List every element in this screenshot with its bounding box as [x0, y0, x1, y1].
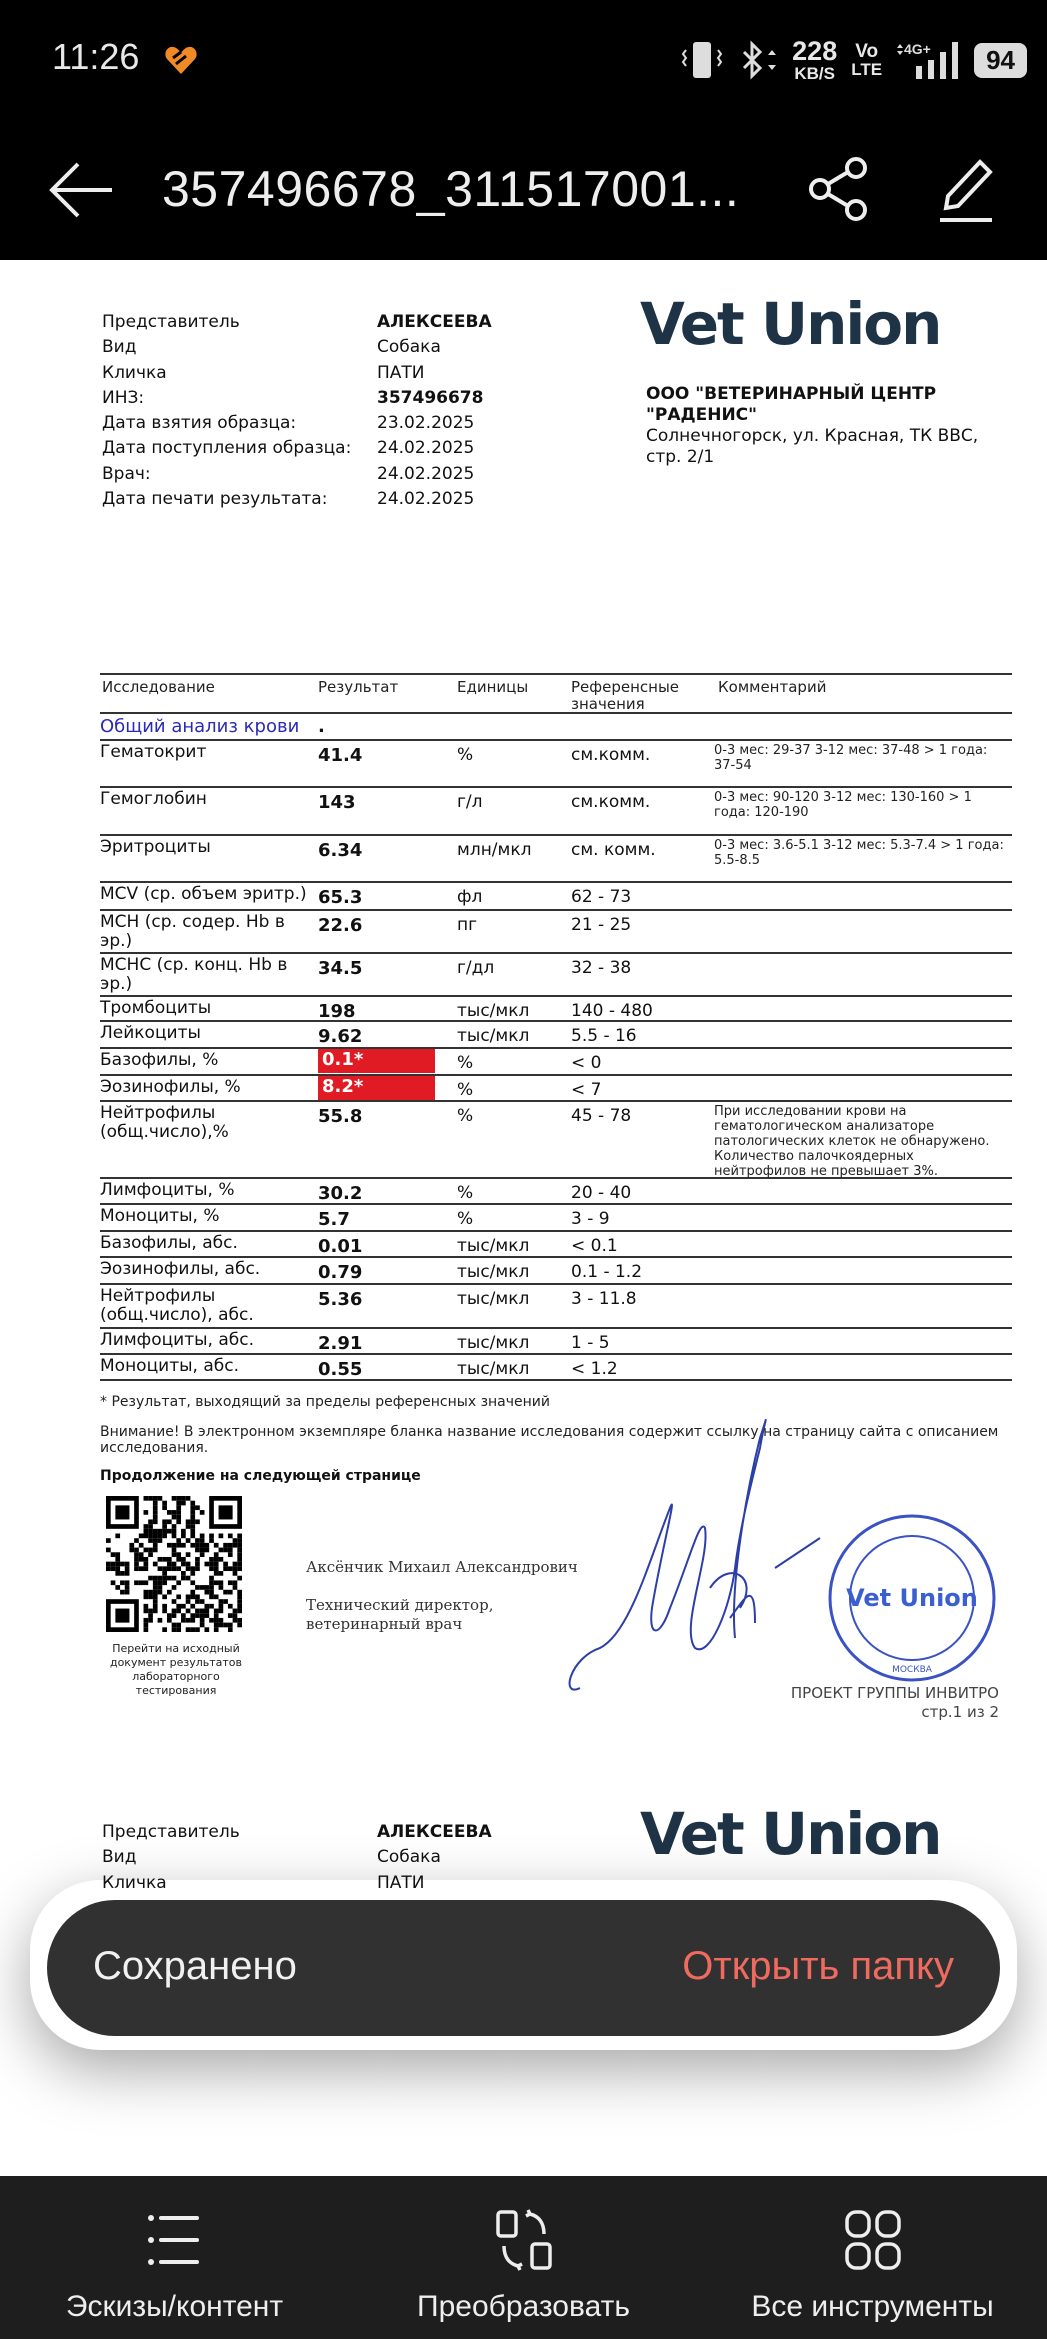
table-divider [100, 1020, 1012, 1022]
info-value: 24.02.2025 [377, 462, 474, 487]
row-result: 0.79 [318, 1262, 362, 1283]
info-value: 23.02.2025 [377, 411, 474, 436]
svg-text:4G+: 4G+ [904, 41, 931, 57]
row-test-name: Эритроциты [100, 838, 314, 857]
row-units: пг [457, 915, 477, 935]
open-folder-button[interactable]: Открыть папку [682, 1944, 954, 1989]
row-test-name: Базофилы, % [100, 1051, 314, 1070]
table-divider [100, 712, 1012, 714]
row-units: г/дл [457, 958, 494, 978]
row-result: 34.5 [318, 958, 362, 979]
header-reference: Референсные значения [571, 679, 681, 713]
row-units: тыс/мкл [457, 1236, 529, 1256]
info-row: Дата взятия образца:23.02.2025 [102, 411, 492, 436]
row-reference: 1 - 5 [571, 1333, 610, 1353]
row-reference: см.комм. [571, 745, 650, 765]
row-result: 22.6 [318, 915, 362, 936]
row-reference: 140 - 480 [571, 1001, 653, 1021]
row-comment: 0-3 мес: 3.6-5.1 3-12 мес: 5.3-7.4 > 1 г… [714, 838, 1004, 868]
table-divider [100, 1074, 1012, 1076]
section-link-cbc[interactable]: Общий анализ крови [100, 716, 299, 737]
row-comment: При исследовании крови на гематологическ… [714, 1104, 1004, 1179]
battery-icon: 94 [974, 43, 1027, 78]
row-units: млн/мкл [457, 840, 532, 860]
row-result: 55.8 [318, 1106, 362, 1127]
row-comment: 0-3 мес: 90-120 3-12 мес: 130-160 > 1 го… [714, 790, 1004, 820]
org-address: Солнечногорск, ул. Красная, ТК ВВС, стр.… [646, 426, 1016, 468]
section-result: . [318, 716, 325, 737]
row-reference: см.комм. [571, 792, 650, 812]
flagged-result: 0.1* [318, 1049, 435, 1073]
row-result: 5.7 [318, 1209, 350, 1230]
bluetooth-icon [738, 40, 778, 80]
info-value: Собака [377, 335, 441, 360]
saved-toast: Сохранено Открыть папку [47, 1900, 1000, 2036]
row-test-name: Эозинофилы, абс. [100, 1260, 314, 1279]
row-units: тыс/мкл [457, 1262, 529, 1282]
bottom-toolbar: Эскизы/контент Преобразовать Все инструм… [0, 2176, 1047, 2339]
header-units: Единицы [457, 679, 528, 696]
row-units: % [457, 1106, 473, 1126]
row-reference: 62 - 73 [571, 887, 631, 907]
toast-message: Сохранено [93, 1944, 297, 1989]
health-heart-icon [164, 44, 198, 76]
project-footer: ПРОЕКТ ГРУППЫ ИНВИТРО стр.1 из 2 [791, 1684, 999, 1722]
all-tools-grid-icon [841, 2208, 905, 2272]
svg-text:МОСКВА: МОСКВА [892, 1665, 933, 1675]
row-reference: 20 - 40 [571, 1183, 631, 1203]
row-test-name: Эозинофилы, % [100, 1078, 314, 1097]
info-label: Дата взятия образца: [102, 411, 377, 436]
info-value: 24.02.2025 [377, 487, 474, 512]
flagged-result: 8.2* [318, 1076, 435, 1100]
row-test-name: Лимфоциты, % [100, 1181, 314, 1200]
document-title: 357496678_311517001... [162, 160, 739, 218]
row-reference: 5.5 - 16 [571, 1026, 637, 1046]
row-units: тыс/мкл [457, 1289, 529, 1309]
row-test-name: MCH (ср. содер. Hb в эр.) [100, 913, 314, 951]
row-reference: < 1.2 [571, 1359, 618, 1379]
app-bar: 357496678_311517001... [0, 120, 1047, 260]
signature [560, 1408, 840, 1708]
table-divider [100, 1283, 1012, 1285]
row-test-name: Гематокрит [100, 743, 314, 762]
info-value: 357496678 [377, 386, 483, 411]
row-test-name: Лейкоциты [100, 1024, 314, 1043]
info-row: Дата печати результата:24.02.2025 [102, 487, 492, 512]
row-reference: < 7 [571, 1080, 601, 1100]
row-result: 143 [318, 792, 356, 813]
convert-button[interactable]: Преобразовать [349, 2176, 698, 2339]
row-units: % [457, 1080, 473, 1100]
table-divider [100, 739, 1012, 741]
row-units: г/л [457, 792, 483, 812]
row-reference: 21 - 25 [571, 915, 631, 935]
info-row: Дата поступления образца:24.02.2025 [102, 436, 492, 461]
info-label: Представитель [102, 310, 377, 335]
row-result: 2.91 [318, 1333, 362, 1354]
table-divider [100, 673, 1012, 675]
info-value: ПАТИ [377, 361, 425, 386]
info-row: КличкаПАТИ [102, 361, 492, 386]
company-stamp: Vet Union МОСКВА [826, 1512, 998, 1684]
table-divider [100, 1047, 1012, 1049]
table-divider [100, 1256, 1012, 1258]
table-divider [100, 1327, 1012, 1329]
info-row: ВидСобака [102, 1845, 492, 1870]
row-test-name: MCHC (ср. конц. Hb в эр.) [100, 956, 314, 994]
row-units: тыс/мкл [457, 1001, 529, 1021]
row-reference: 0.1 - 1.2 [571, 1262, 642, 1282]
row-result: 65.3 [318, 887, 362, 908]
svg-text:Vet Union: Vet Union [846, 1584, 978, 1612]
row-result: 30.2 [318, 1183, 362, 1204]
row-test-name: Базофилы, абс. [100, 1234, 314, 1253]
info-value: 24.02.2025 [377, 436, 474, 461]
row-units: тыс/мкл [457, 1026, 529, 1046]
status-bar: 11:26 228 KB/S Vo LTE 4G+ 94 [0, 0, 1047, 120]
vibrate-icon [680, 40, 724, 80]
share-icon[interactable] [808, 156, 870, 222]
vet-union-logo: Vet Union [640, 290, 940, 358]
row-test-name: Гемоглобин [100, 790, 314, 809]
table-divider [100, 909, 1012, 911]
qr-code[interactable] [106, 1496, 242, 1632]
row-reference: 45 - 78 [571, 1106, 631, 1126]
row-result: 198 [318, 1001, 356, 1022]
info-value: Собака [377, 1845, 441, 1870]
qr-caption: Перейти на исходный документ результатов… [96, 1642, 256, 1698]
back-arrow-icon[interactable] [48, 160, 114, 220]
table-divider [100, 1230, 1012, 1232]
patient-info: ПредставительАЛЕКСЕЕВАВидСобакаКличкаПАТ… [102, 310, 492, 512]
row-result: 0.01 [318, 1236, 362, 1257]
row-reference: < 0 [571, 1053, 601, 1073]
info-value: АЛЕКСЕЕВА [377, 1820, 492, 1845]
info-label: Представитель [102, 1820, 377, 1845]
row-units: % [457, 1053, 473, 1073]
info-label: Вид [102, 1845, 377, 1870]
row-units: фл [457, 887, 482, 907]
table-divider [100, 952, 1012, 954]
header-result: Результат [318, 679, 398, 696]
table-divider [100, 786, 1012, 788]
table-divider [100, 1203, 1012, 1205]
row-test-name: Тромбоциты [100, 999, 314, 1018]
header-comment: Комментарий [718, 679, 826, 696]
row-test-name: Нейтрофилы (общ.число), абс. [100, 1287, 314, 1325]
signer-title: Технический директор, ветеринарный врач [306, 1596, 493, 1634]
row-test-name: Нейтрофилы (общ.число),% [100, 1104, 314, 1142]
all-tools-button[interactable]: Все инструменты [698, 2176, 1047, 2339]
info-label: Кличка [102, 361, 377, 386]
row-result: 9.62 [318, 1026, 362, 1047]
info-row: ПредставительАЛЕКСЕЕВА [102, 310, 492, 335]
row-result: 5.36 [318, 1289, 362, 1310]
info-label: Вид [102, 335, 377, 360]
row-result: 41.4 [318, 745, 362, 766]
row-test-name: MCV (ср. объем эритр.) [100, 885, 314, 904]
row-test-name: Моноциты, абс. [100, 1357, 314, 1376]
row-reference: 3 - 9 [571, 1209, 610, 1229]
info-label: ИНЗ: [102, 386, 377, 411]
table-divider [100, 995, 1012, 997]
info-row: ПредставительАЛЕКСЕЕВА [102, 1820, 492, 1845]
signal-icon: 4G+ [896, 40, 960, 80]
header-test: Исследование [102, 679, 215, 696]
status-icons: 228 KB/S Vo LTE 4G+ 94 [680, 36, 1027, 84]
status-time: 11:26 [52, 36, 139, 78]
info-label: Дата поступления образца: [102, 436, 377, 461]
row-units: % [457, 1209, 473, 1229]
table-divider [100, 1353, 1012, 1355]
page2-vet-union-logo: Vet Union [640, 1800, 940, 1868]
info-row: ИНЗ:357496678 [102, 386, 492, 411]
row-reference: < 0.1 [571, 1236, 618, 1256]
info-row: ВидСобака [102, 335, 492, 360]
org-name-line1: ООО "ВЕТЕРИНАРНЫЙ ЦЕНТР [646, 384, 1016, 405]
row-test-name: Моноциты, % [100, 1207, 314, 1226]
row-comment: 0-3 мес: 29-37 3-12 мес: 37-48 > 1 года:… [714, 743, 1004, 773]
info-label: Врач: [102, 462, 377, 487]
row-result: 0.55 [318, 1359, 362, 1380]
row-units: % [457, 1183, 473, 1203]
info-row: Врач:24.02.2025 [102, 462, 492, 487]
row-units: % [457, 745, 473, 765]
out-of-range-footnote: * Результат, выходящий за пределы рефере… [100, 1394, 550, 1410]
organization-block: ООО "ВЕТЕРИНАРНЫЙ ЦЕНТР "РАДЕНИС" Солнеч… [646, 384, 1016, 468]
table-divider [100, 881, 1012, 883]
row-reference: 3 - 11.8 [571, 1289, 637, 1309]
info-label: Дата печати результата: [102, 487, 377, 512]
table-divider [100, 1100, 1012, 1102]
row-units: тыс/мкл [457, 1359, 529, 1379]
org-name-line2: "РАДЕНИС" [646, 405, 1016, 426]
list-icon [143, 2208, 207, 2272]
edit-pencil-icon[interactable] [936, 154, 996, 224]
row-result: 6.34 [318, 840, 362, 861]
row-units: тыс/мкл [457, 1333, 529, 1353]
convert-icon [492, 2208, 556, 2272]
thumbnails-content-button[interactable]: Эскизы/контент [0, 2176, 349, 2339]
row-test-name: Лимфоциты, абс. [100, 1331, 314, 1350]
table-divider [100, 1379, 1012, 1381]
network-speed: 228 KB/S [792, 38, 837, 82]
row-reference: см. комм. [571, 840, 656, 860]
continue-label: Продолжение на следующей странице [100, 1468, 421, 1484]
volte-indicator: Vo LTE [851, 42, 882, 78]
page-number: стр.1 из 2 [791, 1703, 999, 1722]
info-value: АЛЕКСЕЕВА [377, 310, 492, 335]
table-divider [100, 834, 1012, 836]
signer-name: Аксёнчик Михаил Александрович [306, 1558, 578, 1577]
row-reference: 32 - 38 [571, 958, 631, 978]
